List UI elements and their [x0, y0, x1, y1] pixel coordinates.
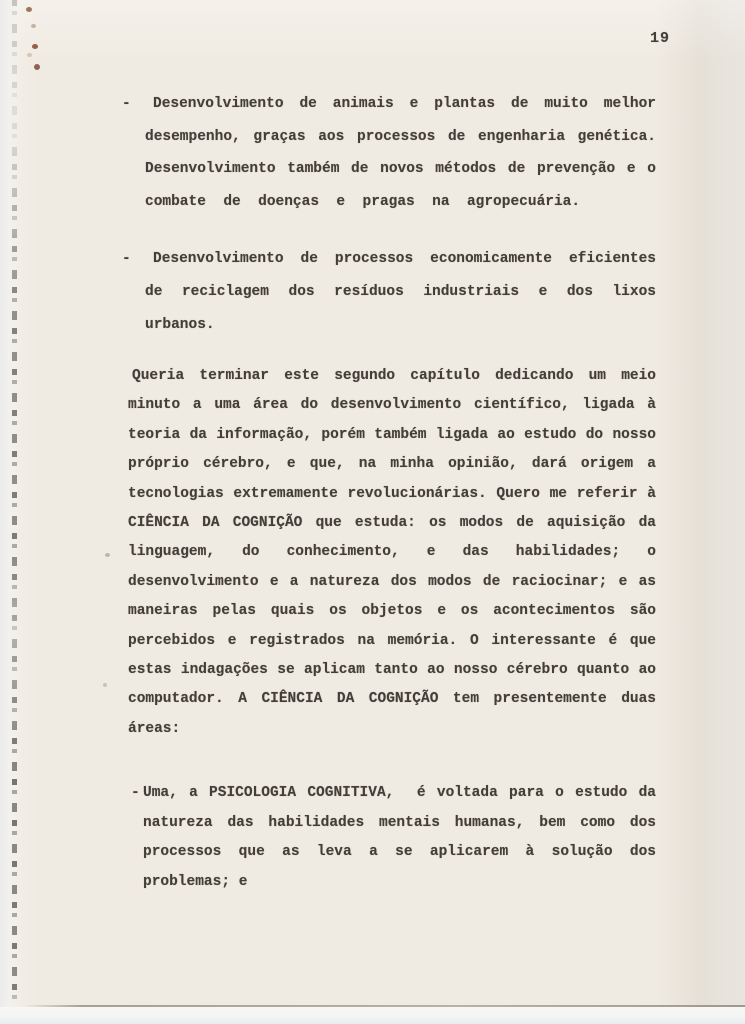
gray-speck-2 — [103, 683, 107, 687]
bullet-item-recycling: - Desenvolvimento de processos economica… — [145, 243, 656, 342]
text-line: Desenvolvimento de processos economicame… — [145, 243, 656, 276]
text-line: urbanos. — [145, 309, 656, 342]
rust-speck-1 — [26, 7, 32, 12]
text-line: Uma, a PSICOLOGIA COGNITIVA, é voltada p… — [143, 779, 656, 809]
scanner-background-strip — [0, 1007, 745, 1024]
rust-speck-3 — [32, 44, 38, 49]
text-line: teoria da informação, porém também ligad… — [128, 421, 656, 450]
paragraph-text: Queria terminar este segundo capítulo de… — [128, 362, 656, 744]
text-line: Desenvolvimento de animais e plantas de … — [145, 88, 656, 121]
bullet-dash: - — [122, 243, 131, 276]
text-line: desempenho, graças aos processos de enge… — [145, 121, 656, 154]
bullet-item-cognitive-psychology: - Uma, a PSICOLOGIA COGNITIVA, é voltada… — [143, 779, 656, 897]
rust-speck-4 — [27, 53, 32, 57]
page-number: 19 — [650, 30, 670, 47]
scan-left-edge — [0, 0, 20, 1024]
text-line: Queria terminar este segundo capítulo de… — [128, 362, 656, 391]
text-line: desenvolvimento e a natureza dos modos d… — [128, 568, 656, 597]
bullet-dash: - — [122, 88, 131, 121]
bullet-text: Uma, a PSICOLOGIA COGNITIVA, é voltada p… — [143, 779, 656, 897]
gray-speck-1 — [105, 553, 110, 557]
text-line: minuto a uma área do desenvolvimento cie… — [128, 391, 656, 420]
bullet-text: Desenvolvimento de processos economicame… — [145, 243, 656, 342]
text-line: áreas: — [128, 715, 656, 744]
bullet-dash: - — [131, 779, 140, 809]
text-line: tecnologias extremamente revolucionárias… — [128, 480, 656, 509]
bullet-item-genetics: - Desenvolvimento de animais e plantas d… — [145, 88, 656, 219]
text-line: Desenvolvimento também de novos métodos … — [145, 153, 656, 186]
text-line: maneiras pelas quais os objetos e os aco… — [128, 597, 656, 626]
text-line: de reciclagem dos resíduos industriais e… — [145, 276, 656, 309]
text-line: próprio cérebro, e que, na minha opinião… — [128, 450, 656, 479]
paragraph-cognition: Queria terminar este segundo capítulo de… — [128, 362, 656, 744]
text-line: problemas; e — [143, 868, 656, 898]
binding-marks-line — [12, 0, 17, 1010]
text-line: linguagem, do conhecimento, e das habili… — [128, 538, 656, 567]
scanned-document-page: 19 - Desenvolvimento de animais e planta… — [0, 0, 745, 1024]
text-line: combate de doenças e pragas na agropecuá… — [145, 186, 656, 219]
rust-speck-2 — [31, 24, 36, 28]
text-line: estas indagações se aplicam tanto ao nos… — [128, 656, 656, 685]
text-line: percebidos e registrados na memória. O i… — [128, 627, 656, 656]
text-line: processos que as leva a se aplicarem à s… — [143, 838, 656, 868]
text-line: CIÊNCIA DA COGNIÇÃO que estuda: os modos… — [128, 509, 656, 538]
rust-speck-5 — [34, 64, 40, 70]
text-line: natureza das habilidades mentais humanas… — [143, 809, 656, 839]
text-line: computador. A CIÊNCIA DA COGNIÇÃO tem pr… — [128, 685, 656, 714]
bullet-text: Desenvolvimento de animais e plantas de … — [145, 88, 656, 219]
